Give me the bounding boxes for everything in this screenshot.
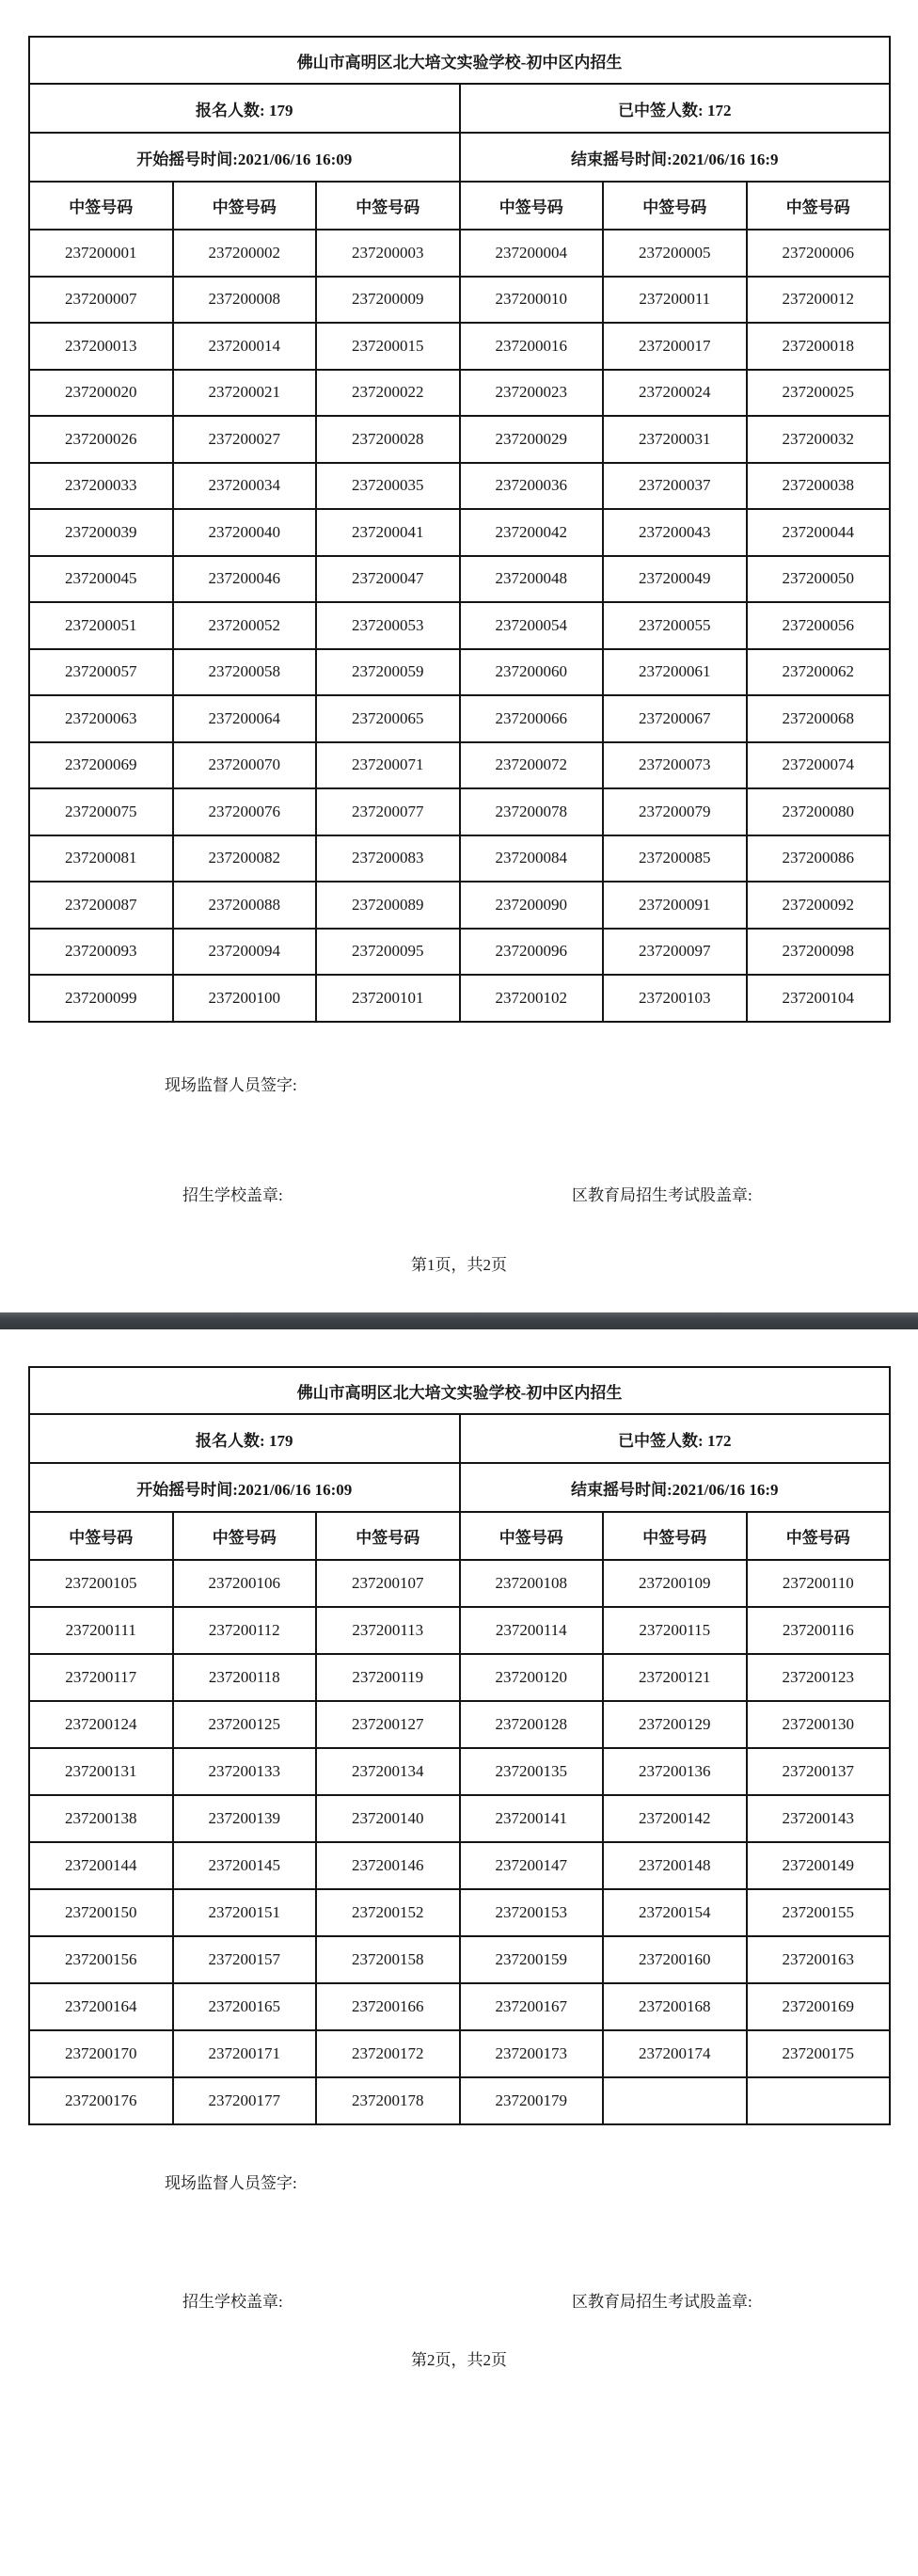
applicants-count-cell: 报名人数: 179 [29,84,460,133]
lottery-number-cell: 237200169 [747,1983,891,2030]
lottery-number-cell: 237200107 [316,1560,460,1607]
start-time-value: 2021/06/16 16:09 [238,151,352,168]
lottery-number-cell: 237200138 [29,1795,173,1842]
lottery-number-cell: 237200130 [747,1701,891,1748]
lottery-number-cell: 237200031 [603,416,747,463]
lottery-number-cell: 237200070 [173,742,317,789]
lottery-number-cell: 237200105 [29,1560,173,1607]
lottery-number-cell: 237200174 [603,2030,747,2077]
lottery-number-cell: 237200027 [173,416,317,463]
lottery-number-cell: 237200078 [460,788,604,835]
lottery-number-cell: 237200123 [747,1654,891,1701]
lottery-number-cell: 237200144 [29,1842,173,1889]
lottery-number-cell: 237200009 [316,277,460,324]
lottery-row: 2372001442372001452372001462372001472372… [29,1842,890,1889]
lottery-number-cell: 237200149 [747,1842,891,1889]
lottery-number-cell: 237200012 [747,277,891,324]
lottery-number-cell: 237200111 [29,1607,173,1654]
lottery-number-cell: 237200139 [173,1795,317,1842]
lottery-number-cell: 237200071 [316,742,460,789]
lottery-row: 2372000632372000642372000652372000662372… [29,695,890,742]
lottery-number-cell: 237200128 [460,1701,604,1748]
lottery-number-cell: 237200124 [29,1701,173,1748]
lottery-number-cell: 237200007 [29,277,173,324]
column-header: 中签号码 [603,182,747,230]
lottery-number-cell: 237200016 [460,323,604,370]
table-title-row: 佛山市高明区北大培文实验学校-初中区内招生 [29,37,890,84]
applicants-label: 报名人数: [196,102,265,119]
applicants-label: 报名人数: [196,1432,265,1450]
lottery-number-cell: 237200127 [316,1701,460,1748]
winners-value: 172 [707,1432,732,1450]
lottery-number-cell: 237200047 [316,556,460,603]
lottery-number-cell: 237200088 [173,882,317,929]
lottery-number-cell: 237200010 [460,277,604,324]
lottery-number-cell: 237200025 [747,370,891,417]
lottery-number-cell: 237200014 [173,323,317,370]
lottery-number-cell: 237200179 [460,2077,604,2124]
lottery-number-cell: 237200166 [316,1983,460,2030]
lottery-row: 2372000692372000702372000712372000722372… [29,742,890,789]
lottery-number-cell: 237200143 [747,1795,891,1842]
lottery-number-cell: 237200165 [173,1983,317,2030]
counts-row: 报名人数: 179 已中签人数: 172 [29,84,890,133]
lottery-number-cell: 237200036 [460,463,604,510]
lottery-number-cell: 237200091 [603,882,747,929]
winners-label: 已中签人数: [618,1432,704,1450]
lottery-number-cell: 237200159 [460,1936,604,1983]
lottery-number-cell: 237200032 [747,416,891,463]
end-time-cell: 结束摇号时间:2021/06/16 16:9 [460,133,891,182]
lottery-number-cell: 237200154 [603,1889,747,1936]
lottery-row: 2372000012372000022372000032372000042372… [29,230,890,277]
lottery-number-cell: 237200140 [316,1795,460,1842]
lottery-number-cell: 237200093 [29,929,173,976]
start-time-label: 开始摇号时间: [136,1481,238,1499]
lottery-number-cell: 237200142 [603,1795,747,1842]
lottery-number-cell: 237200059 [316,649,460,696]
lottery-number-cell: 237200170 [29,2030,173,2077]
column-header: 中签号码 [603,1512,747,1560]
lottery-number-cell: 237200023 [460,370,604,417]
lottery-row: 2372001702372001712372001722372001732372… [29,2030,890,2077]
lottery-row: 2372000572372000582372000592372000602372… [29,649,890,696]
lottery-number-cell: 237200134 [316,1748,460,1795]
end-time-value: 2021/06/16 16:9 [673,1481,779,1499]
lottery-number-cell: 237200049 [603,556,747,603]
lottery-number-cell: 237200076 [173,788,317,835]
lottery-number-cell: 237200163 [747,1936,891,1983]
document-title: 佛山市高明区北大培文实验学校-初中区内招生 [29,1367,890,1414]
lottery-number-cell: 237200115 [603,1607,747,1654]
lottery-number-cell: 237200153 [460,1889,604,1936]
lottery-number-cell: 237200034 [173,463,317,510]
lottery-number-cell: 237200013 [29,323,173,370]
school-seal-label: 招生学校盖章: [182,2292,283,2313]
lottery-number-cell: 237200160 [603,1936,747,1983]
lottery-number-cell: 237200039 [29,509,173,556]
lottery-number-cell: 237200087 [29,882,173,929]
lottery-number-cell: 237200108 [460,1560,604,1607]
supervisor-signature-label: 现场监督人员签字: [165,1075,297,1096]
lottery-number-cell: 237200001 [29,230,173,277]
column-header: 中签号码 [747,1512,891,1560]
counts-row: 报名人数: 179 已中签人数: 172 [29,1414,890,1463]
end-time-cell: 结束摇号时间:2021/06/16 16:9 [460,1463,891,1512]
lottery-number-cell: 237200164 [29,1983,173,2030]
page-indicator: 第2页，共2页 [0,2350,918,2371]
lottery-number-cell: 237200155 [747,1889,891,1936]
winners-label: 已中签人数: [618,102,704,119]
page-divider-bar [0,1312,918,1329]
column-header-row: 中签号码 中签号码 中签号码 中签号码 中签号码 中签号码 [29,1512,890,1560]
lottery-number-cell: 237200046 [173,556,317,603]
start-time-cell: 开始摇号时间:2021/06/16 16:09 [29,1463,460,1512]
lottery-number-cell: 237200125 [173,1701,317,1748]
lottery-number-cell: 237200043 [603,509,747,556]
lottery-number-cell: 237200092 [747,882,891,929]
lottery-number-cell: 237200008 [173,277,317,324]
lottery-number-cell: 237200074 [747,742,891,789]
lottery-row: 2372000512372000522372000532372000542372… [29,602,890,649]
lottery-number-cell: 237200002 [173,230,317,277]
lottery-number-cell: 237200168 [603,1983,747,2030]
lottery-number-cell: 237200020 [29,370,173,417]
lottery-number-cell: 237200117 [29,1654,173,1701]
winners-count-cell: 已中签人数: 172 [460,1414,891,1463]
bureau-seal-label: 区教育局招生考试股盖章: [572,2292,752,2313]
lottery-row: 2372001312372001332372001342372001352372… [29,1748,890,1795]
lottery-table-page-1: 佛山市高明区北大培文实验学校-初中区内招生 报名人数: 179 已中签人数: 1… [28,36,891,1023]
lottery-row: 2372000332372000342372000352372000362372… [29,463,890,510]
lottery-number-cell: 237200096 [460,929,604,976]
lottery-number-cell: 237200021 [173,370,317,417]
column-header: 中签号码 [460,182,604,230]
lottery-number-cell: 237200024 [603,370,747,417]
column-header: 中签号码 [29,1512,173,1560]
lottery-number-cell: 237200005 [603,230,747,277]
lottery-number-cell: 237200055 [603,602,747,649]
lottery-number-cell: 237200150 [29,1889,173,1936]
column-header-row: 中签号码 中签号码 中签号码 中签号码 中签号码 中签号码 [29,182,890,230]
lottery-number-cell: 237200157 [173,1936,317,1983]
lottery-row: 2372001502372001512372001522372001532372… [29,1889,890,1936]
lottery-number-cell: 237200129 [603,1701,747,1748]
applicants-value: 179 [269,102,293,119]
lottery-row: 2372000812372000822372000832372000842372… [29,835,890,883]
column-header: 中签号码 [460,1512,604,1560]
lottery-number-cell: 237200066 [460,695,604,742]
document-title: 佛山市高明区北大培文实验学校-初中区内招生 [29,37,890,84]
lottery-number-cell: 237200062 [747,649,891,696]
lottery-number-cell: 237200131 [29,1748,173,1795]
lottery-number-cell: 237200133 [173,1748,317,1795]
column-header: 中签号码 [316,182,460,230]
lottery-number-cell: 237200068 [747,695,891,742]
lottery-row: 2372001052372001062372001072372001082372… [29,1560,890,1607]
end-time-value: 2021/06/16 16:9 [673,151,779,168]
lottery-number-cell: 237200090 [460,882,604,929]
start-time-label: 开始摇号时间: [136,151,238,168]
lottery-number-cell: 237200022 [316,370,460,417]
lottery-number-cell: 237200051 [29,602,173,649]
column-header: 中签号码 [173,182,317,230]
lottery-number-cell: 237200075 [29,788,173,835]
lottery-number-cell: 237200097 [603,929,747,976]
lottery-number-cell: 237200045 [29,556,173,603]
lottery-number-cell: 237200003 [316,230,460,277]
table-title-row: 佛山市高明区北大培文实验学校-初中区内招生 [29,1367,890,1414]
lottery-number-cell: 237200146 [316,1842,460,1889]
lottery-number-cell: 237200081 [29,835,173,883]
lottery-number-cell: 237200145 [173,1842,317,1889]
lottery-row: 2372001242372001252372001272372001282372… [29,1701,890,1748]
lottery-number-cell: 237200079 [603,788,747,835]
supervisor-signature-label: 现场监督人员签字: [165,2173,297,2194]
applicants-value: 179 [269,1432,293,1450]
lottery-number-cell: 237200037 [603,463,747,510]
lottery-row: 2372001112372001122372001132372001142372… [29,1607,890,1654]
school-seal-label: 招生学校盖章: [182,1185,283,1206]
lottery-row: 2372001382372001392372001402372001412372… [29,1795,890,1842]
lottery-number-cell: 237200120 [460,1654,604,1701]
lottery-number-cell: 237200112 [173,1607,317,1654]
lottery-number-cell: 237200175 [747,2030,891,2077]
lottery-row: 2372000392372000402372000412372000422372… [29,509,890,556]
lottery-number-cell: 237200095 [316,929,460,976]
lottery-number-cell: 237200089 [316,882,460,929]
page-indicator: 第1页，共2页 [0,1255,918,1276]
lottery-number-cell: 237200101 [316,975,460,1022]
start-time-value: 2021/06/16 16:09 [238,1481,352,1499]
column-header: 中签号码 [316,1512,460,1560]
lottery-number-cell: 237200151 [173,1889,317,1936]
lottery-number-cell: 237200011 [603,277,747,324]
lottery-number-cell: 237200057 [29,649,173,696]
lottery-number-cell: 237200004 [460,230,604,277]
lottery-number-cell: 237200058 [173,649,317,696]
lottery-number-cell: 237200176 [29,2077,173,2124]
lottery-row: 2372000752372000762372000772372000782372… [29,788,890,835]
end-time-label: 结束摇号时间: [571,151,673,168]
times-row: 开始摇号时间:2021/06/16 16:09 结束摇号时间:2021/06/1… [29,133,890,182]
lottery-number-cell: 237200042 [460,509,604,556]
lottery-number-cell: 237200156 [29,1936,173,1983]
lottery-number-cell: 237200041 [316,509,460,556]
lottery-number-cell: 237200099 [29,975,173,1022]
lottery-number-cell: 237200121 [603,1654,747,1701]
lottery-number-cell: 237200065 [316,695,460,742]
lottery-row: 2372000872372000882372000892372000902372… [29,882,890,929]
lottery-number-cell: 237200035 [316,463,460,510]
column-header: 中签号码 [747,182,891,230]
lottery-row: 2372001642372001652372001662372001672372… [29,1983,890,2030]
lottery-number-cell [747,2077,891,2124]
lottery-number-cell: 237200167 [460,1983,604,2030]
lottery-number-cell: 237200098 [747,929,891,976]
lottery-number-cell: 237200083 [316,835,460,883]
lottery-number-cell: 237200085 [603,835,747,883]
lottery-row: 2372000262372000272372000282372000292372… [29,416,890,463]
lottery-number-cell: 237200028 [316,416,460,463]
lottery-number-cell: 237200015 [316,323,460,370]
lottery-row: 2372000202372000212372000222372000232372… [29,370,890,417]
column-header: 中签号码 [29,182,173,230]
lottery-number-cell: 237200006 [747,230,891,277]
lottery-number-cell: 237200026 [29,416,173,463]
lottery-number-cell: 237200061 [603,649,747,696]
lottery-number-cell: 237200109 [603,1560,747,1607]
lottery-number-cell: 237200119 [316,1654,460,1701]
lottery-table-page-2: 佛山市高明区北大培文实验学校-初中区内招生 报名人数: 179 已中签人数: 1… [28,1366,891,2125]
times-row: 开始摇号时间:2021/06/16 16:09 结束摇号时间:2021/06/1… [29,1463,890,1512]
lottery-number-cell: 237200141 [460,1795,604,1842]
start-time-cell: 开始摇号时间:2021/06/16 16:09 [29,133,460,182]
lottery-number-cell: 237200073 [603,742,747,789]
lottery-row: 2372000072372000082372000092372000102372… [29,277,890,324]
lottery-number-cell: 237200137 [747,1748,891,1795]
lottery-number-cell: 237200033 [29,463,173,510]
lottery-number-cell: 237200018 [747,323,891,370]
lottery-number-cell: 237200052 [173,602,317,649]
lottery-number-cell: 237200104 [747,975,891,1022]
lottery-row: 237200176237200177237200178237200179 [29,2077,890,2124]
lottery-number-cell: 237200056 [747,602,891,649]
lottery-number-cell: 237200135 [460,1748,604,1795]
lottery-number-cell: 237200064 [173,695,317,742]
lottery-number-cell: 237200082 [173,835,317,883]
lottery-number-cell: 237200148 [603,1842,747,1889]
lottery-row: 2372001562372001572372001582372001592372… [29,1936,890,1983]
end-time-label: 结束摇号时间: [571,1481,673,1499]
bureau-seal-label: 区教育局招生考试股盖章: [572,1185,752,1206]
lottery-number-cell: 237200053 [316,602,460,649]
lottery-number-cell: 237200118 [173,1654,317,1701]
lottery-number-cell: 237200017 [603,323,747,370]
lottery-number-cell: 237200029 [460,416,604,463]
lottery-row: 2372000132372000142372000152372000162372… [29,323,890,370]
lottery-number-cell: 237200050 [747,556,891,603]
lottery-number-cell: 237200152 [316,1889,460,1936]
lottery-number-cell: 237200136 [603,1748,747,1795]
lottery-number-cell: 237200100 [173,975,317,1022]
lottery-number-cell: 237200158 [316,1936,460,1983]
lottery-number-cell: 237200114 [460,1607,604,1654]
lottery-number-cell: 237200106 [173,1560,317,1607]
lottery-number-cell: 237200172 [316,2030,460,2077]
lottery-number-cell [603,2077,747,2124]
lottery-number-cell: 237200113 [316,1607,460,1654]
lottery-number-cell: 237200094 [173,929,317,976]
lottery-number-cell: 237200086 [747,835,891,883]
lottery-row: 2372001172372001182372001192372001202372… [29,1654,890,1701]
lottery-row: 2372000992372001002372001012372001022372… [29,975,890,1022]
lottery-number-cell: 237200063 [29,695,173,742]
lottery-number-cell: 237200173 [460,2030,604,2077]
lottery-number-cell: 237200103 [603,975,747,1022]
lottery-number-cell: 237200054 [460,602,604,649]
lottery-number-cell: 237200178 [316,2077,460,2124]
winners-count-cell: 已中签人数: 172 [460,84,891,133]
lottery-number-cell: 237200102 [460,975,604,1022]
lottery-number-cell: 237200110 [747,1560,891,1607]
lottery-row: 2372000932372000942372000952372000962372… [29,929,890,976]
lottery-number-cell: 237200038 [747,463,891,510]
lottery-number-cell: 237200067 [603,695,747,742]
lottery-number-cell: 237200077 [316,788,460,835]
applicants-count-cell: 报名人数: 179 [29,1414,460,1463]
lottery-number-cell: 237200060 [460,649,604,696]
lottery-row: 2372000452372000462372000472372000482372… [29,556,890,603]
lottery-number-cell: 237200147 [460,1842,604,1889]
lottery-number-cell: 237200040 [173,509,317,556]
winners-value: 172 [707,102,732,119]
lottery-number-cell: 237200177 [173,2077,317,2124]
lottery-number-cell: 237200080 [747,788,891,835]
lottery-number-cell: 237200072 [460,742,604,789]
lottery-number-cell: 237200048 [460,556,604,603]
column-header: 中签号码 [173,1512,317,1560]
lottery-number-cell: 237200069 [29,742,173,789]
lottery-number-cell: 237200116 [747,1607,891,1654]
lottery-number-cell: 237200171 [173,2030,317,2077]
lottery-number-cell: 237200084 [460,835,604,883]
lottery-number-cell: 237200044 [747,509,891,556]
